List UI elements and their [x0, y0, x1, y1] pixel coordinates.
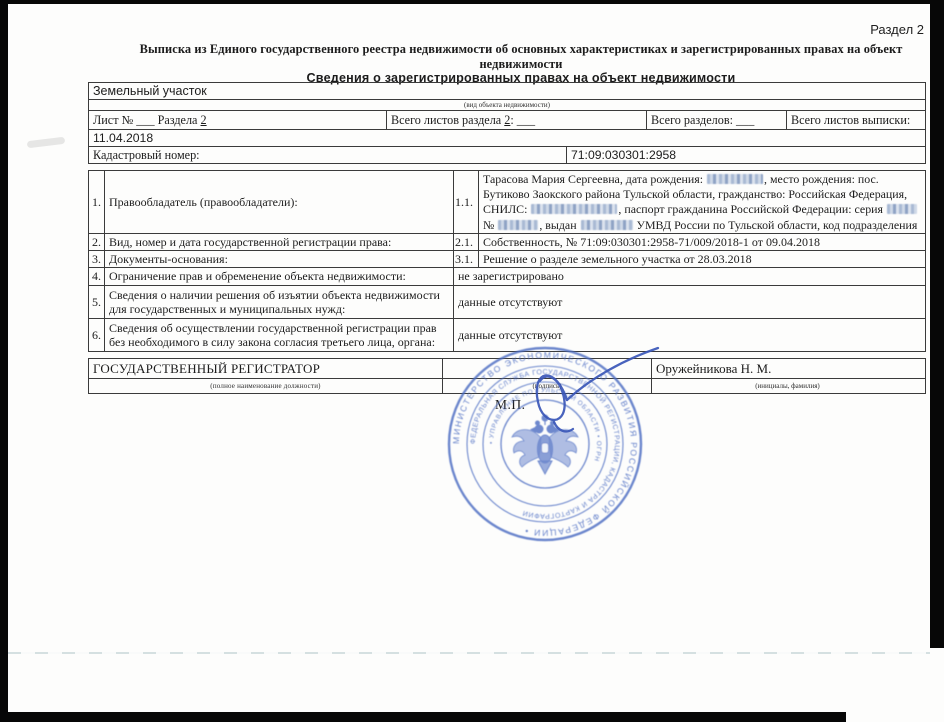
scan-artifact-line	[8, 652, 930, 654]
redacted-text	[707, 174, 763, 184]
table-row: 3. Документы-основания: 3.1. Решение о р…	[89, 250, 925, 267]
object-type-caption: (вид объекта недвижимости)	[89, 100, 925, 110]
table-row: 2. Вид, номер и дата государственной рег…	[89, 233, 925, 250]
pen-signature	[455, 338, 667, 448]
redacted-text	[498, 220, 538, 230]
scanned-document-page: Раздел 2 Выписка из Единого государствен…	[0, 0, 944, 722]
scan-border-bottom	[0, 712, 846, 722]
extract-date: 11.04.2018	[89, 130, 925, 146]
registrar-position: ГОСУДАРСТВЕННЫЙ РЕГИСТРАТОР	[89, 359, 442, 378]
row-value: Собственность, № 71:09:030301:2958-71/00…	[478, 234, 925, 250]
row-label: Документы-основания:	[104, 251, 453, 267]
header-table: Земельный участок (вид объекта недвижимо…	[88, 82, 926, 164]
sheet-blank: ___	[136, 113, 154, 127]
total-sheets-cell: Всего листов раздела 2: ___	[386, 111, 646, 129]
sheet-label: Лист №	[93, 113, 133, 127]
sheet-number-cell: Лист № ___ Раздела 2	[89, 111, 386, 129]
row-label: Сведения об осуществлении государственно…	[104, 319, 453, 351]
total-sections-label: Всего разделов:	[651, 113, 733, 127]
redacted-text	[531, 204, 617, 214]
row-label: Ограничение прав и обременение объекта н…	[104, 268, 453, 285]
cadastral-row: Кадастровый номер: 71:09:030301:2958	[89, 146, 925, 163]
row-value: Решение о разделе земельного участка от …	[478, 251, 925, 267]
row-value: данные отсутствуют	[453, 286, 925, 318]
row-num: 2.	[89, 234, 104, 250]
scan-border-left	[0, 0, 8, 716]
date-row: 11.04.2018	[89, 129, 925, 146]
owner-value: Тарасова Мария Сергеевна, дата рождения:…	[478, 171, 925, 233]
total-extract-label: Всего листов выписки:	[791, 113, 910, 127]
row-value: не зарегистрировано	[453, 268, 925, 285]
row-num: 3.	[89, 251, 104, 267]
registrar-name-caption: (инициалы, фамилия)	[651, 379, 923, 393]
section-label: Раздел 2	[870, 22, 924, 37]
redacted-text	[581, 220, 633, 230]
scan-border-top	[0, 0, 944, 4]
scan-artifact-smudge	[27, 137, 66, 149]
object-type-row: Земельный участок	[89, 83, 925, 99]
total-sheets-label: Всего листов раздела	[391, 113, 501, 127]
row-subnum: 3.1.	[453, 251, 478, 267]
cadastral-label: Кадастровый номер:	[89, 147, 566, 163]
table-row: 5. Сведения о наличии решения об изъятии…	[89, 285, 925, 318]
sheet-counts-row: Лист № ___ Раздела 2 Всего листов раздел…	[89, 110, 925, 129]
table-row: 4. Ограничение прав и обременение объект…	[89, 267, 925, 285]
row-num: 6.	[89, 319, 104, 351]
total-extract-cell: Всего листов выписки: ___	[786, 111, 925, 129]
row-subnum: 1.1.	[453, 171, 478, 233]
rights-table: 1. Правообладатель (правообладатели): 1.…	[88, 170, 926, 352]
table-row: 1. Правообладатель (правообладатели): 1.…	[89, 171, 925, 233]
row-label: Сведения о наличии решения об изъятии об…	[104, 286, 453, 318]
redacted-text	[887, 204, 917, 214]
cadastral-value: 71:09:030301:2958	[566, 147, 925, 163]
row-num: 4.	[89, 268, 104, 285]
total-sections-blank: ___	[736, 113, 754, 127]
object-type: Земельный участок	[89, 83, 925, 99]
row-num: 5.	[89, 286, 104, 318]
document-titles: Выписка из Единого государственного реес…	[100, 42, 942, 86]
section-word: Раздела	[158, 113, 198, 127]
section-value: 2	[201, 113, 207, 127]
total-sheets-tail: : ___	[510, 113, 535, 127]
registrar-name: Оружейникова Н. М.	[651, 359, 923, 378]
registrar-position-caption: (полное наименование должности)	[89, 379, 442, 393]
object-type-caption-row: (вид объекта недвижимости)	[89, 99, 925, 110]
row-num: 1.	[89, 171, 104, 233]
scan-border-right	[930, 0, 944, 648]
row-label: Правообладатель (правообладатели):	[104, 171, 453, 233]
total-sections-cell: Всего разделов: ___	[646, 111, 786, 129]
document-title: Выписка из Единого государственного реес…	[100, 42, 942, 71]
row-subnum: 2.1.	[453, 234, 478, 250]
row-label: Вид, номер и дата государственной регист…	[104, 234, 453, 250]
